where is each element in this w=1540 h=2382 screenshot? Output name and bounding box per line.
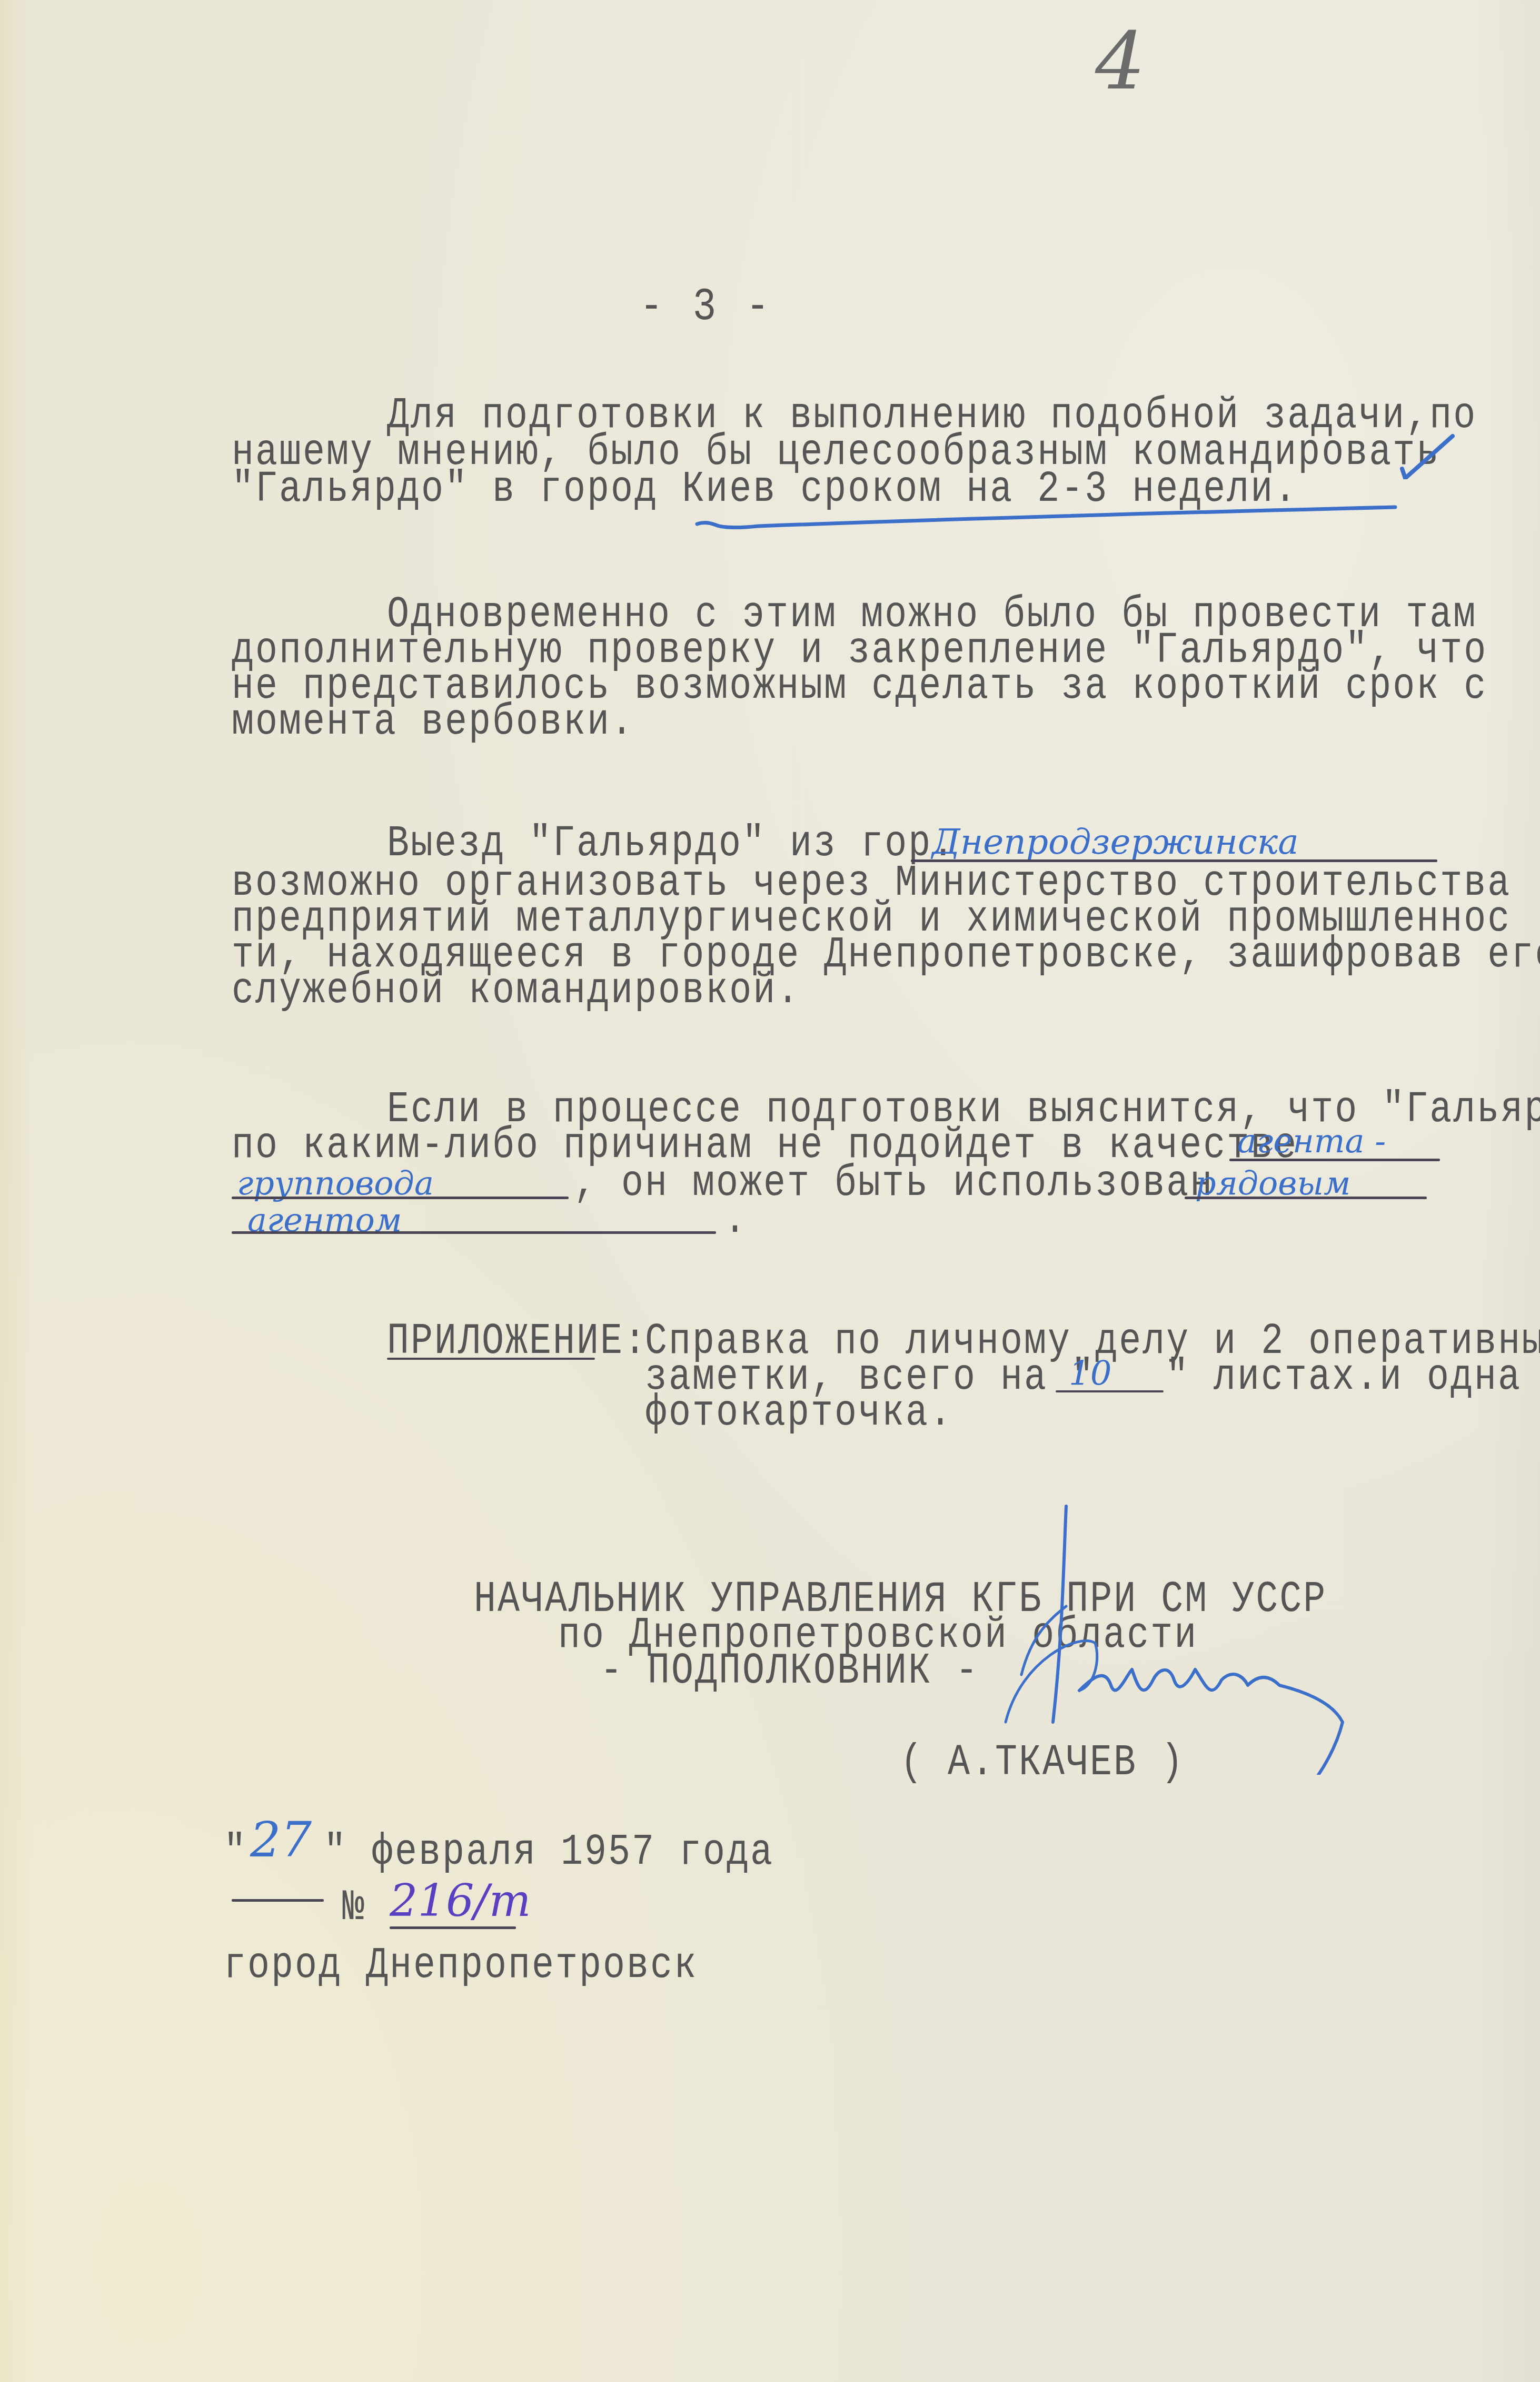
paragraph-2-line-4: момента вербовки. — [232, 703, 634, 744]
attachment-line-3: фотокарточка. — [645, 1393, 953, 1435]
signature-rank: - ПОДПОЛКОВНИК - — [600, 1652, 979, 1693]
signature-icon — [974, 1501, 1501, 1775]
fill-in-rule — [1056, 1390, 1164, 1392]
city-line: город Днепропетровск — [224, 1946, 698, 1987]
spacer — [224, 1878, 247, 1881]
handwritten-role-1: агента - — [1237, 1122, 1386, 1160]
paragraph-4-line-3: , он может быть использован — [574, 1164, 1214, 1205]
handwritten-day: 27 — [250, 1812, 312, 1868]
fill-in-rule — [390, 1926, 516, 1929]
document-number-label: № — [342, 1888, 366, 1929]
fill-in-rule — [1185, 1197, 1427, 1199]
attachment-label: ПРИЛОЖЕНИЕ: — [387, 1322, 648, 1363]
date-rest: " февраля 1957 года — [324, 1833, 774, 1874]
fill-in-rule — [232, 1231, 716, 1234]
fill-in-rule — [1229, 1159, 1440, 1161]
label-underline — [387, 1358, 595, 1360]
page-marker: - 3 - — [640, 287, 772, 328]
handwritten-city: Днепродзержинска — [932, 822, 1299, 862]
attachment-line-2-suffix: " листах.и одна — [1166, 1358, 1522, 1399]
paragraph-4-line-4: . — [724, 1201, 748, 1242]
handwritten-document-number: 216/т — [390, 1875, 531, 1926]
fill-in-rule — [232, 1899, 324, 1902]
ink-underline — [695, 503, 1400, 535]
fill-in-rule — [232, 1197, 569, 1199]
paragraph-3-line-5: служебной командировкой. — [232, 971, 800, 1012]
archive-page-number: 4 — [1095, 16, 1145, 107]
checkmark-icon — [1398, 432, 1456, 479]
signer-name: ( А.ТКАЧЕВ ) — [900, 1743, 1185, 1784]
date-open-quote: " — [224, 1833, 247, 1874]
handwritten-sheet-count: 10 — [1069, 1355, 1111, 1393]
